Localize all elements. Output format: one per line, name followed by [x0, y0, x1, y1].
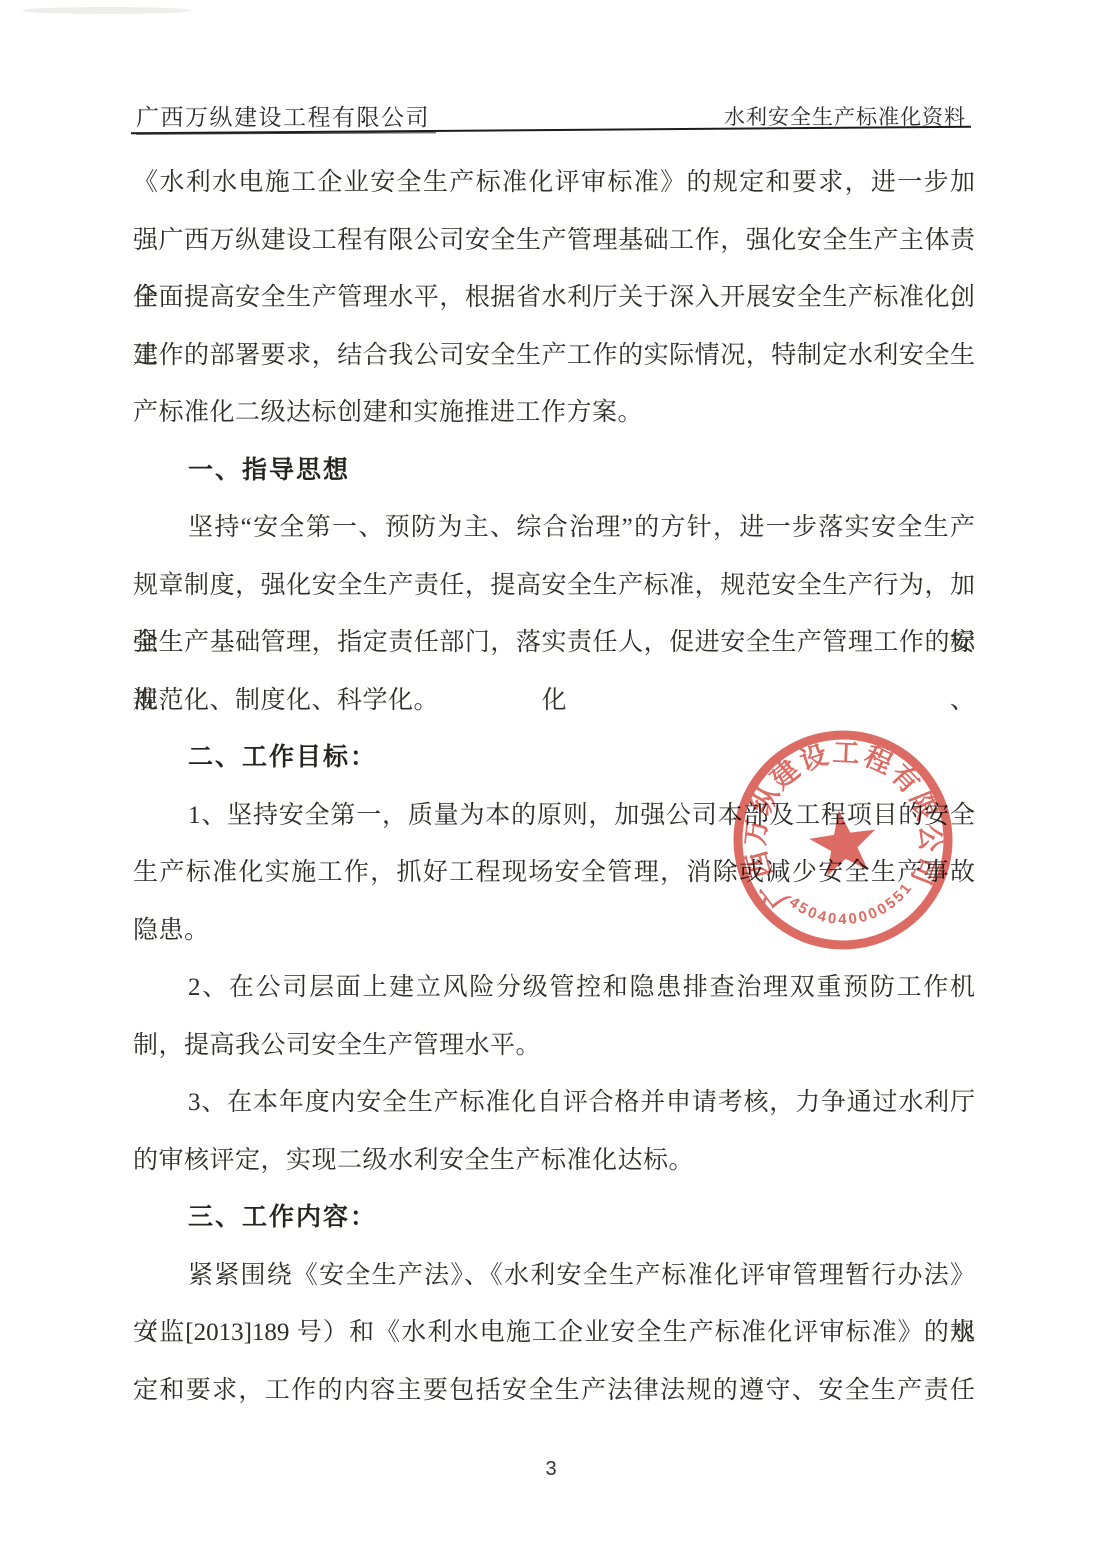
header-rule-shadow	[136, 132, 436, 135]
company-seal-stamp: 广西万纵建设工程有限公司 4504040000551	[718, 715, 968, 965]
text-line: 全面提高安全生产管理水平，根据省水利厅关于深入开展安全生产标准化创建	[133, 269, 975, 327]
text-line: 坚持“安全第一、预防为主、综合治理”的方针，进一步落实安全生产	[133, 499, 975, 557]
text-line: 制，提高我公司安全生产管理水平。	[133, 1017, 975, 1075]
section-heading: 三、工作内容：	[133, 1189, 975, 1247]
text-line: 安监[2013]189 号）和《水利水电施工企业安全生产标准化评审标准》的规	[133, 1304, 975, 1362]
scan-smudge	[22, 7, 192, 14]
text-line: 工作的部署要求，结合我公司安全生产工作的实际情况，特制定水利安全生	[133, 327, 975, 385]
text-line: 产标准化二级达标创建和实施推进工作方案。	[133, 384, 975, 442]
header-company-name: 广西万纵建设工程有限公司	[136, 99, 430, 132]
text-line: 2、在公司层面上建立风险分级管控和隐患排查治理双重预防工作机	[133, 959, 975, 1017]
text-line: 定和要求，工作的内容主要包括安全生产法律法规的遵守、安全生产责任	[133, 1362, 975, 1420]
page-number: 3	[0, 1458, 1102, 1481]
text-line: 规章制度，强化安全生产责任，提高安全生产标准，规范安全生产行为，加强安	[133, 557, 975, 615]
text-line: 强广西万纵建设工程有限公司安全生产管理基础工作，强化安全生产主体责任，	[133, 212, 975, 270]
text-line: 《水利水电施工企业安全生产标准化评审标准》的规定和要求，进一步加	[133, 154, 975, 212]
text-line: 3、在本年度内安全生产标准化自评合格并申请考核，力争通过水利厅	[133, 1074, 975, 1132]
text-line: 全生产基础管理，指定责任部门，落实责任人，促进安全生产管理工作的标准化、	[133, 614, 975, 672]
text-line: 紧紧围绕《安全生产法》、《水利安全生产标准化评审管理暂行办法》（水	[133, 1247, 975, 1305]
text-line: 的审核评定，实现二级水利安全生产标准化达标。	[133, 1132, 975, 1190]
scanned-document-page: 广西万纵建设工程有限公司 水利安全生产标准化资料 《水利水电施工企业安全生产标准…	[0, 0, 1102, 1559]
star-icon	[806, 806, 881, 878]
seal-group: 广西万纵建设工程有限公司 4504040000551	[724, 721, 961, 958]
section-heading: 一、指导思想	[133, 442, 975, 500]
